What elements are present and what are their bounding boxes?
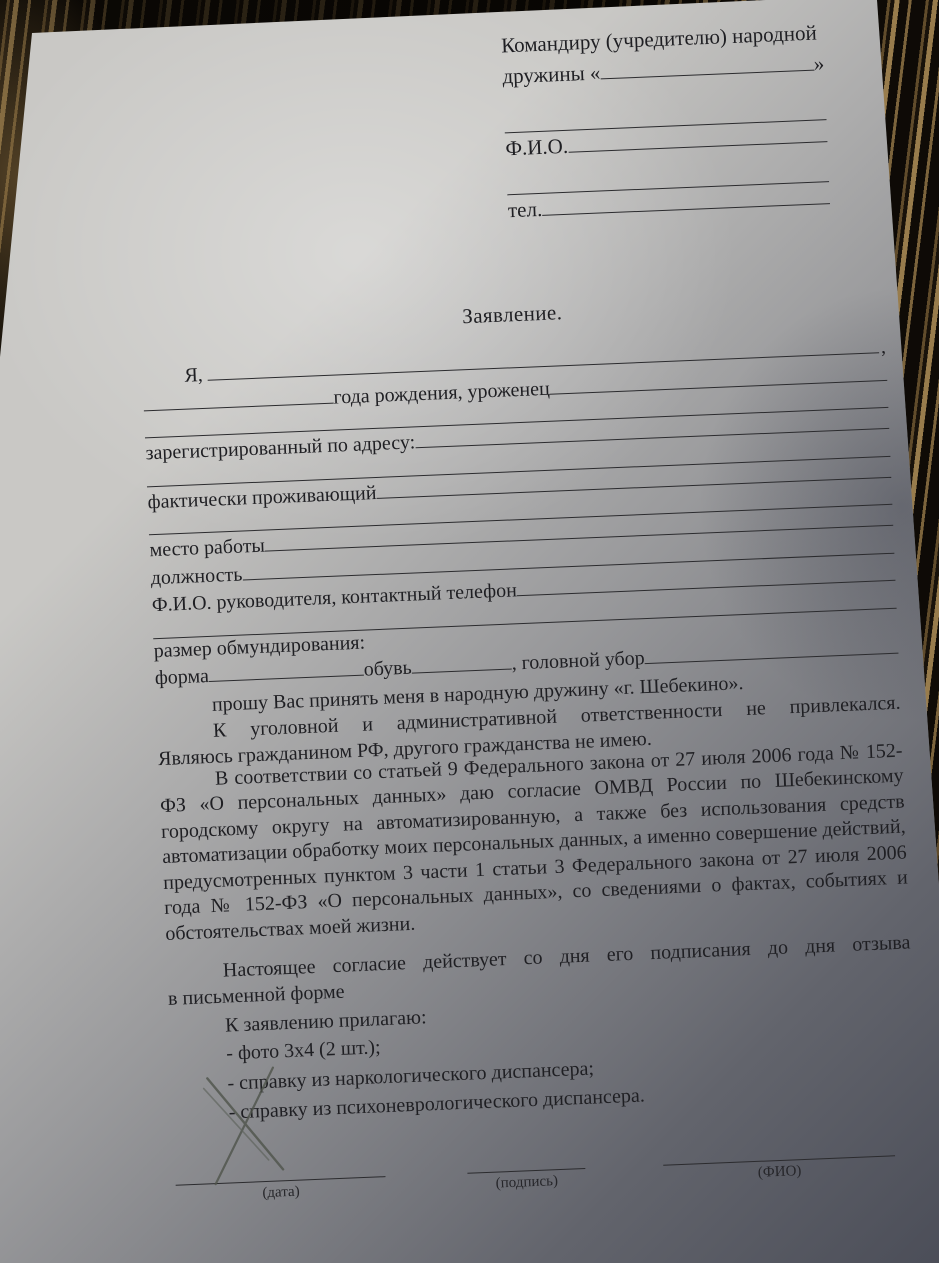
position-label: должность — [150, 562, 243, 590]
closing-quote: » — [813, 51, 824, 76]
pencil-x-mark — [199, 1063, 296, 1189]
signature-name-block: (ФИО) — [662, 1137, 895, 1187]
ya-label: Я, — [184, 363, 203, 388]
druzhina-label: дружины « — [502, 60, 601, 88]
form-fields: Я, , года рождения, уроженец зарегистрир… — [142, 332, 899, 691]
uniform-form-label: форма — [154, 664, 209, 691]
uniform-hat-label: , головной убор — [511, 646, 645, 676]
carpet-background: Командиру (учредителю) народной дружины … — [0, 0, 939, 1263]
sign-label: (подпись) — [467, 1168, 586, 1195]
fio-label: Ф.И.О. — [505, 134, 569, 161]
paper-sheet: Командиру (учредителю) народной дружины … — [0, 0, 939, 1263]
recipient-block: Командиру (учредителю) народной дружины … — [501, 17, 831, 226]
signature-sign-block: (подпись) — [467, 1149, 587, 1195]
document-content: Командиру (учредителю) народной дружины … — [24, 0, 939, 1212]
document-title: Заявление. — [140, 285, 885, 343]
blank-field-line — [411, 649, 512, 674]
tel-label: тел. — [507, 197, 542, 223]
paragraph-consent: В соответствии со статьей 9 Федерального… — [159, 738, 910, 947]
trailing-comma: , — [880, 335, 886, 360]
uniform-shoes-label: обувь — [363, 656, 412, 682]
